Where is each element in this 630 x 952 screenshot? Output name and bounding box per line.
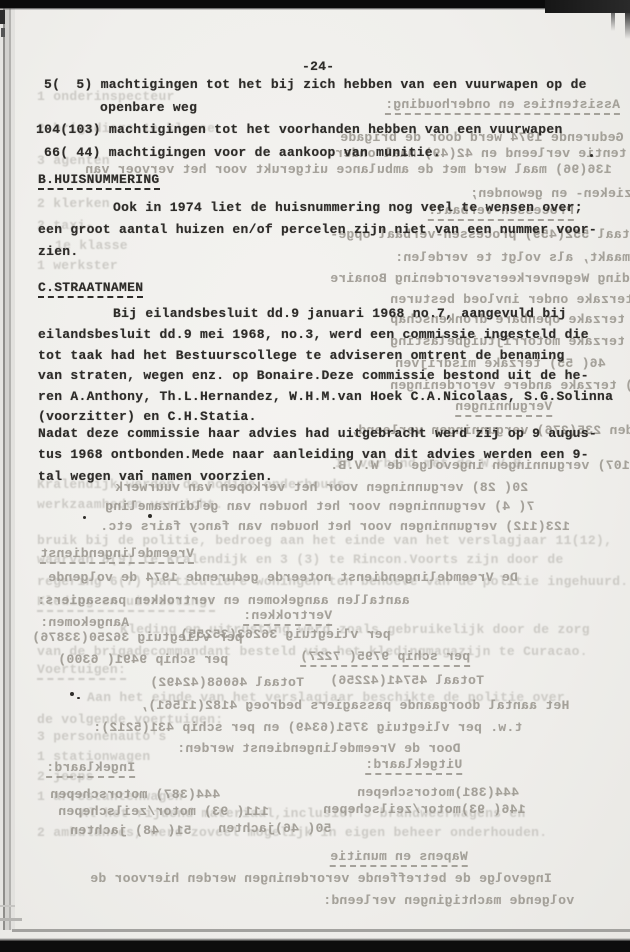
text-line: openbare weg xyxy=(100,100,197,115)
text-line: 104(103) machtigingen tot het voorhanden… xyxy=(36,122,563,137)
text-line: tus 1968 ontbonden.Mede naar aanleiding … xyxy=(38,447,589,462)
ink-speck xyxy=(148,514,152,518)
text-line: een groot aantal huizen en/of percelen z… xyxy=(38,222,597,237)
typewritten-text-layer: -24- 5( 5) machtigingen tot het bij zich… xyxy=(0,0,630,952)
text-line: tal wegen van namen voorzien. xyxy=(38,469,273,484)
ink-speck xyxy=(77,697,80,699)
text-line: B.HUISNUMMERING xyxy=(38,172,160,190)
text-line: tot taak had het Bestuurscollege te advi… xyxy=(38,348,565,363)
scan-corner-artifact xyxy=(0,905,15,907)
ink-speck xyxy=(140,470,143,472)
text-line: van straten, wegen enz. op Bonaire.Deze … xyxy=(38,368,589,383)
text-line: (voorzitter) en C.H.Statia. xyxy=(38,409,257,424)
text-line: ren A.Anthony, Th.L.Hernandez, W.H.M.van… xyxy=(38,389,613,404)
text-line: C.STRAATNAMEN xyxy=(38,280,143,298)
scan-bottom-edge xyxy=(0,941,630,952)
ink-speck xyxy=(83,516,86,519)
text-line: Ook in 1974 liet de huisnummering nog ve… xyxy=(113,200,583,215)
page-bottom-edge xyxy=(12,929,630,932)
text-line: eilandsbesluit dd.9 mei 1968, no.3, werd… xyxy=(38,327,589,342)
scanned-document-page: 1 onderinspecteur2 brigadiers 1e klasse3… xyxy=(0,0,630,952)
text-line: 5( 5) machtigingen tot het bij zich hebb… xyxy=(44,77,587,92)
text-line: 66( 44) machtigingen voor de aankoop van… xyxy=(44,145,441,160)
text-line: Bij eilandsbesluit dd.9 januari 1968 no.… xyxy=(113,306,567,321)
text-line: zien. xyxy=(38,244,79,259)
text-line: Nadat deze commissie haar advies had uit… xyxy=(38,426,597,441)
ink-speck xyxy=(70,692,74,696)
ink-speck xyxy=(590,154,593,157)
scan-corner-artifact xyxy=(0,918,22,921)
page-number: -24- xyxy=(302,59,334,74)
